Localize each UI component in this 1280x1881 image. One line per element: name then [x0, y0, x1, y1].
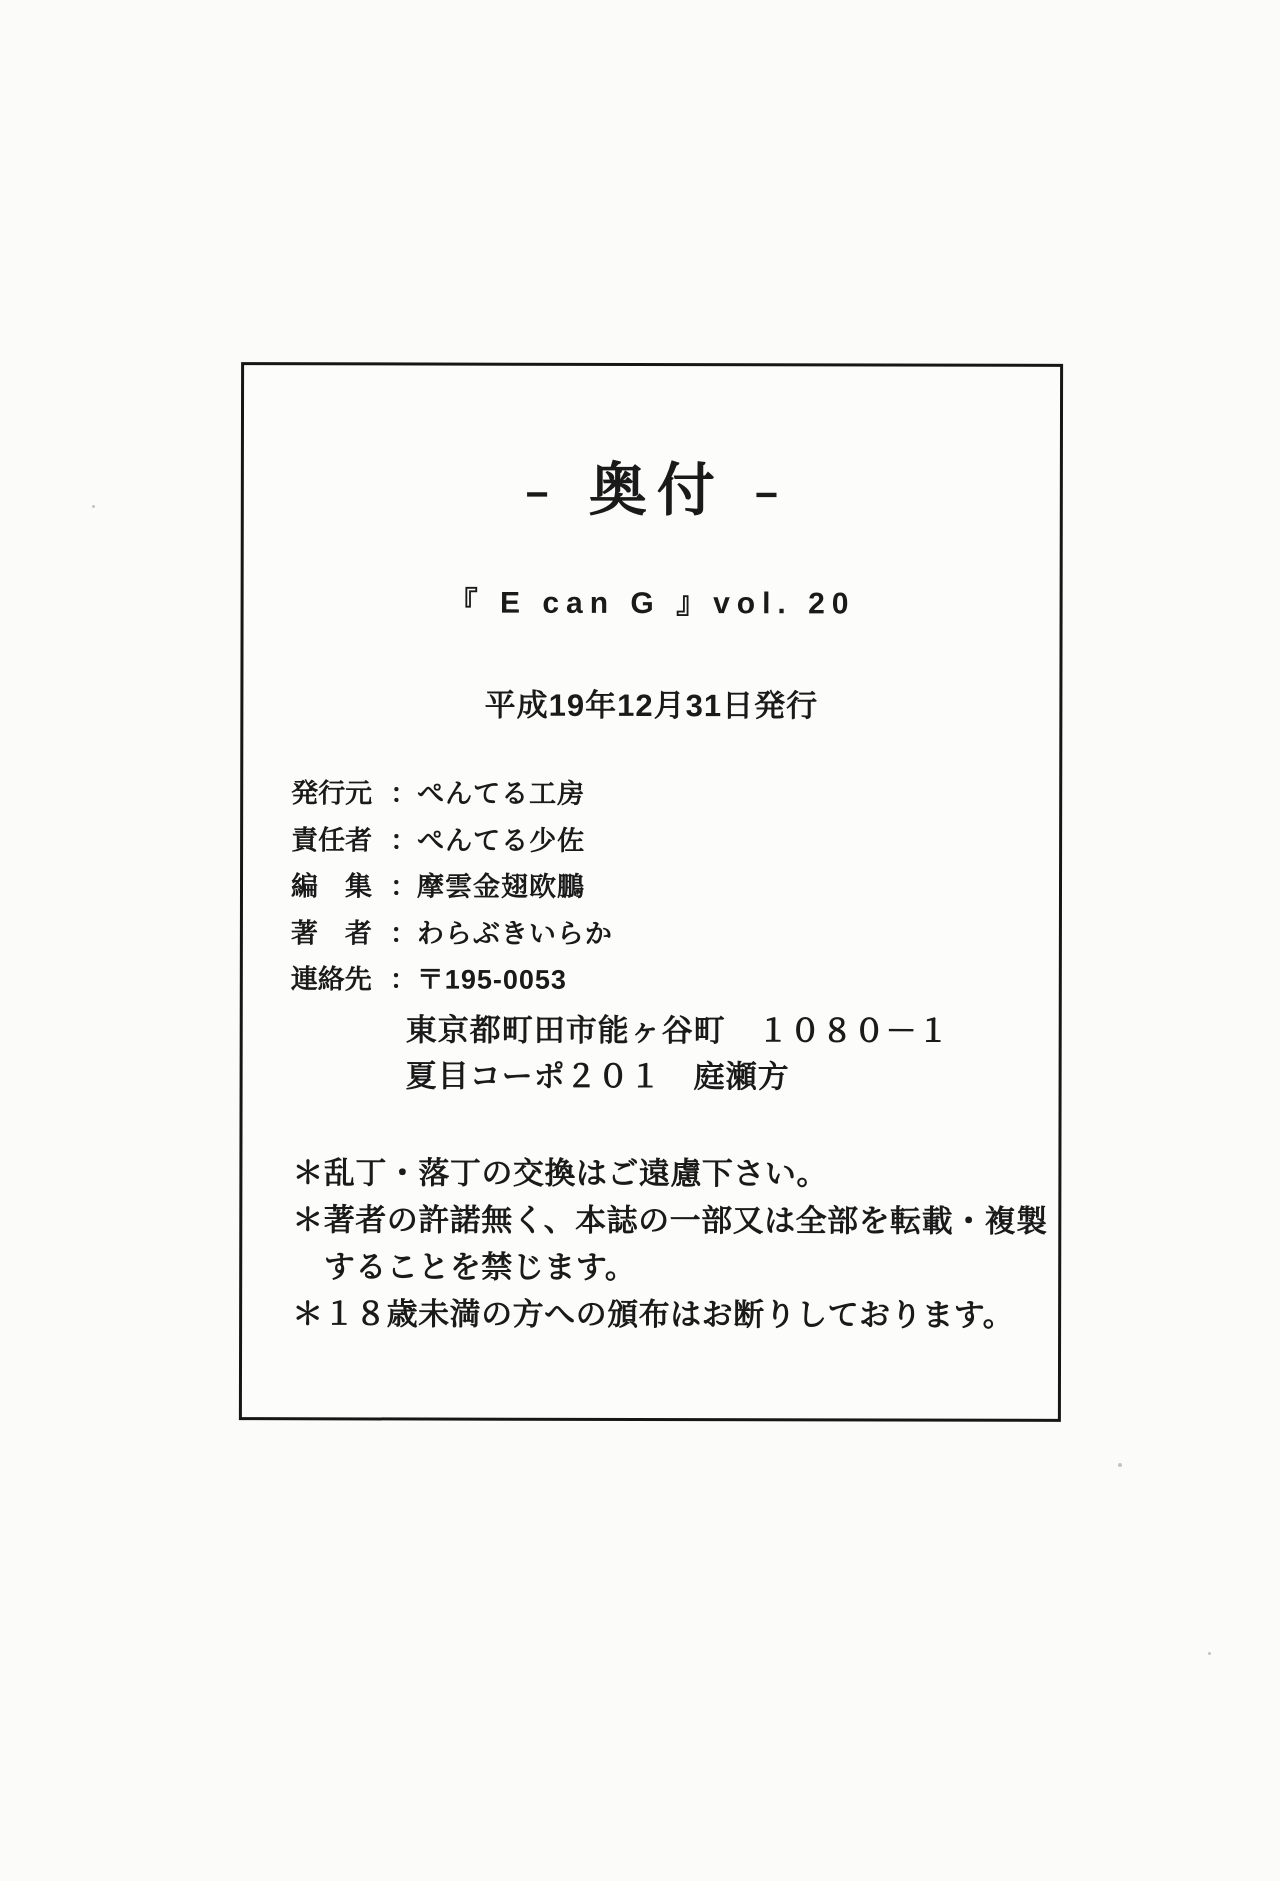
notes-list: ＊乱丁・落丁の交換はご遠慮下さい。 ＊著者の許諾無く、本誌の一部又は全部を転載・…: [292, 1147, 1048, 1337]
credit-colon: ：: [390, 911, 417, 950]
credit-label: 著 者: [291, 911, 390, 950]
colophon-box: − 奥付 − 『 E can G 』vol. 20 平成19年12月31日発行 …: [239, 362, 1063, 1422]
scan-speckle: [92, 505, 95, 508]
title-text: 奥付: [579, 462, 725, 520]
credit-row-editor: 編 集 ： 摩雲金翅欧鵬: [291, 864, 1039, 912]
title-dash-left: −: [525, 475, 548, 515]
note-line: ＊１８歳未満の方への頒布はお断りしております。: [292, 1288, 1048, 1337]
credit-value: ぺんてる工房: [417, 772, 585, 811]
credit-row-contact: 連絡先 ： 〒195-0053: [291, 957, 1039, 1005]
address-line: 夏目コーポ２０１ 庭瀬方: [406, 1050, 1039, 1098]
scan-speckle: [1208, 1652, 1211, 1655]
credit-value: ぺんてる少佐: [417, 818, 585, 857]
volume-line: 『 E can G 』vol. 20: [244, 577, 1060, 623]
scan-speckle: [1118, 1463, 1122, 1467]
credit-label: 発行元: [291, 771, 390, 810]
note-line: することを禁じます。: [292, 1241, 1048, 1290]
note-line: ＊乱丁・落丁の交換はご遠慮下さい。: [292, 1147, 1048, 1196]
credit-colon: ：: [390, 771, 417, 810]
credit-label: 責任者: [291, 818, 390, 857]
scanned-colophon-page: − 奥付 − 『 E can G 』vol. 20 平成19年12月31日発行 …: [0, 0, 1280, 1881]
publication-date: 平成19年12月31日発行: [243, 679, 1059, 726]
credit-value: 摩雲金翅欧鵬: [417, 865, 585, 904]
credit-colon: ：: [390, 864, 417, 903]
credits-list: 発行元 ： ぺんてる工房 責任者 ： ぺんてる少佐 編 集 ： 摩雲金翅欧鵬 著…: [291, 771, 1040, 1098]
credit-colon: ：: [390, 957, 417, 996]
note-line: ＊著者の許諾無く、本誌の一部又は全部を転載・複製: [292, 1194, 1048, 1243]
page-title: − 奥付 −: [244, 461, 1060, 521]
credit-label: 編 集: [291, 864, 390, 903]
credit-label: 連絡先: [291, 957, 390, 996]
credit-row-author: 著 者 ： わらぶきいらか: [291, 911, 1039, 959]
credit-value: わらぶきいらか: [417, 911, 613, 950]
credit-value: 〒195-0053: [417, 958, 567, 997]
credit-colon: ：: [390, 818, 417, 857]
credit-row-publisher: 発行元 ： ぺんてる工房: [291, 771, 1039, 819]
title-dash-right: −: [755, 475, 778, 515]
address-line: 東京都町田市能ヶ谷町 １０８０－１: [406, 1004, 1039, 1052]
credit-row-responsible: 責任者 ： ぺんてる少佐: [291, 818, 1039, 866]
